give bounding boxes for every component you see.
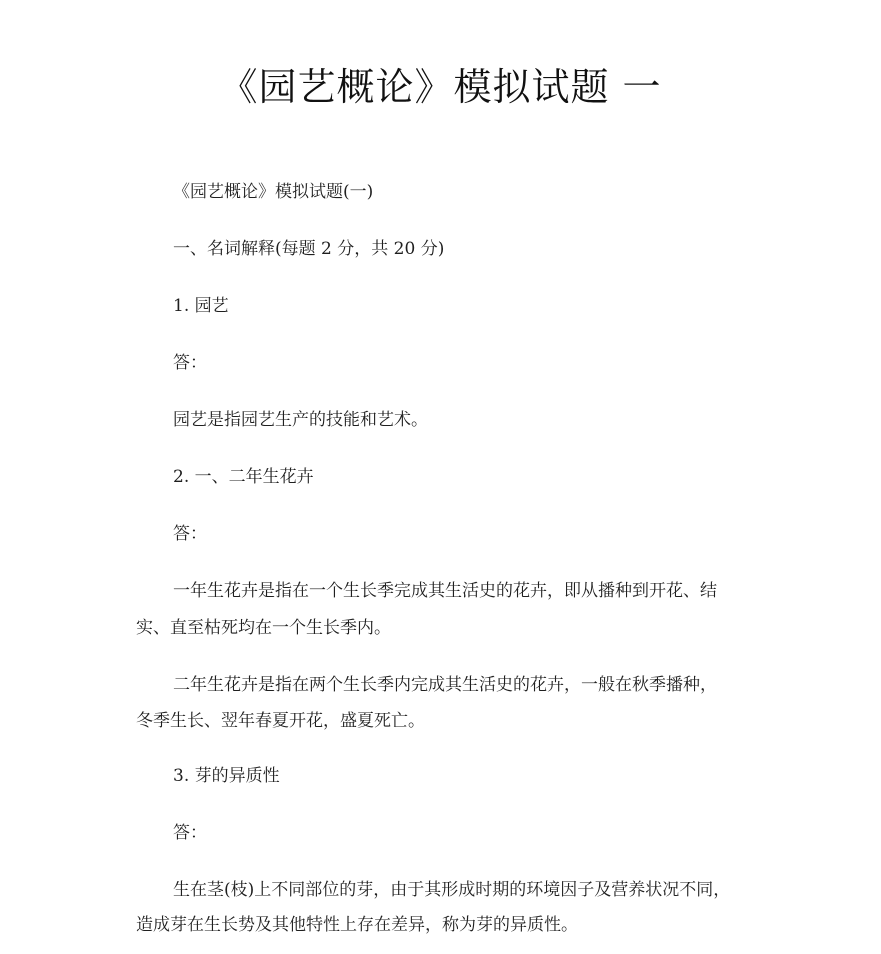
answer-text: 实、直至枯死均在一个生长季内。 [136,616,391,640]
answer-text: 园艺是指园艺生产的技能和艺术。 [173,408,428,432]
question-term: 3. 芽的异质性 [173,764,280,788]
document-page: 《园艺概论》模拟试题 一 《园艺概论》模拟试题(一) 一、名词解释(每题 2 分… [0,0,881,954]
answer-text: 一年生花卉是指在一个生长季完成其生活史的花卉，即从播种到开花、结 [173,579,717,603]
answer-text: 生在茎(枝)上不同部位的芽，由于其形成时期的环境因子及营养状况不同， [173,878,730,902]
answer-label: 答： [173,351,207,375]
answer-text: 造成芽在生长势及其他特性上存在差异，称为芽的异质性。 [136,913,578,937]
answer-label: 答： [173,522,207,546]
answer-text: 冬季生长、翌年春夏开花，盛夏死亡。 [136,709,425,733]
document-title: 《园艺概论》模拟试题 一 [0,62,881,112]
document-subtitle: 《园艺概论》模拟试题(一) [173,180,373,204]
question-term: 1. 园艺 [173,294,229,318]
section-heading: 一、名词解释(每题 2 分，共 20 分) [173,237,444,261]
answer-text: 二年生花卉是指在两个生长季内完成其生活史的花卉，一般在秋季播种， [173,673,717,697]
question-term: 2. 一、二年生花卉 [173,465,314,489]
answer-label: 答： [173,821,207,845]
